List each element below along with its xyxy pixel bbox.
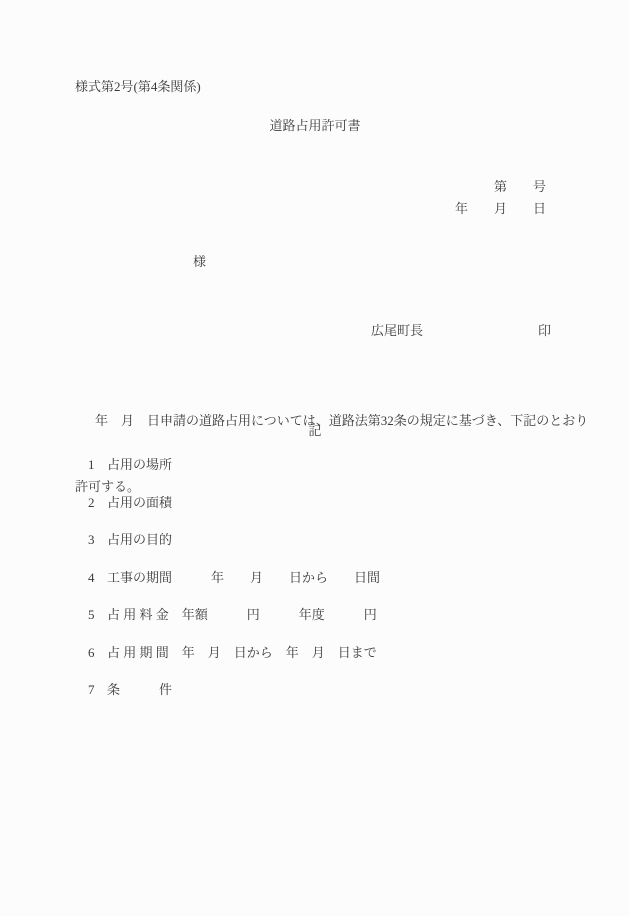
item-text: 条 件	[107, 682, 172, 697]
item-occupation-area: 2占用の面積	[75, 482, 172, 524]
permit-document-page: 様式第2号(第4条関係) 道路占用許可書 第 号 年 月 日 様 広尾町長印 年…	[0, 0, 630, 916]
issue-date-line: 年 月 日	[455, 202, 546, 216]
item-number: 3	[88, 533, 107, 547]
item-number: 5	[88, 608, 107, 622]
item-occupation-fee: 5占 用 料 金 年額 円 年度 円	[75, 594, 377, 636]
item-text: 占 用 期 間 年 月 日から 年 月 日まで	[107, 645, 377, 660]
addressee-honorific: 様	[193, 255, 206, 269]
item-text: 占用の場所	[107, 457, 172, 472]
item-text: 占 用 料 金 年額 円 年度 円	[107, 607, 377, 622]
seal-mark: 印	[538, 324, 551, 338]
item-text: 工事の期間 年 月 日から 日間	[107, 570, 380, 585]
item-number: 1	[88, 458, 107, 472]
issuer-name: 広尾町長	[371, 323, 423, 338]
item-number: 6	[88, 646, 107, 660]
item-number: 7	[88, 683, 107, 697]
document-title: 道路占用許可書	[0, 119, 630, 133]
item-conditions: 7条 件	[75, 669, 172, 711]
permit-number-line: 第 号	[494, 180, 546, 194]
record-heading: 記	[0, 424, 630, 438]
item-text: 占用の面積	[107, 495, 172, 510]
item-occupation-place: 1占用の場所	[75, 444, 172, 486]
item-text: 占用の目的	[107, 532, 172, 547]
item-occupation-period: 6占 用 期 間 年 月 日から 年 月 日まで	[75, 632, 377, 674]
item-occupation-purpose: 3占用の目的	[75, 519, 172, 561]
item-construction-period: 4工事の期間 年 月 日から 日間	[75, 557, 380, 599]
item-number: 2	[88, 496, 107, 510]
issuer-line: 広尾町長印	[358, 310, 551, 352]
form-number: 様式第2号(第4条関係)	[75, 80, 201, 94]
item-number: 4	[88, 571, 107, 585]
